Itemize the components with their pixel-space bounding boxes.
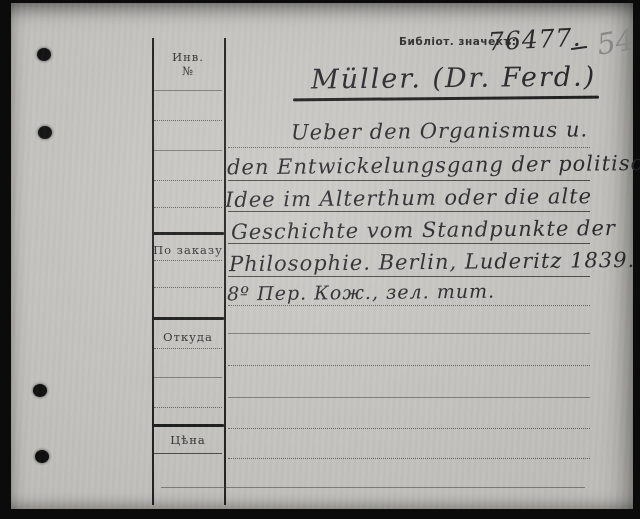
rule-line [154,260,222,261]
writing-line [228,333,590,334]
price-label: Цѣна [152,433,224,447]
rule-line [154,90,222,91]
column-right-border [224,38,226,505]
section-separator [152,317,224,320]
writing-line [228,305,590,306]
library-stamp-number: 76477. [487,23,582,57]
scanned-catalog-card: Библіот. значекъ: 76477. 54 Инв. № По за… [11,3,633,509]
writing-line [228,397,590,398]
rule-line [154,407,222,408]
writing-line [228,365,590,366]
writing-line [228,180,590,181]
origin-label: Откуда [152,330,224,344]
rule-line [154,180,222,181]
entry-line: Geschichte vom Standpunkte der [231,216,616,244]
entry-line: 8º Пер. Кож., зел. тит. [227,281,495,306]
writing-line [228,276,590,277]
heading-underline [293,96,599,102]
entry-line: Philosophie. Berlin, Luderitz 1839. [229,248,635,276]
punch-hole [37,48,51,61]
inventory-number-label: Инв. № [152,50,224,78]
rule-line [154,120,222,121]
section-separator [152,232,224,235]
punch-hole [33,384,47,397]
writing-line [228,428,590,429]
writing-line [161,487,585,488]
rule-line [154,287,222,288]
punch-hole [35,450,49,463]
rule-line [154,377,222,378]
by-order-label: По заказу [152,243,224,257]
section-separator [152,424,224,427]
rule-line [154,348,222,349]
pencil-corner-number: 54 [595,22,637,61]
rule-line [154,207,222,208]
rule-line [154,150,222,151]
punch-hole [38,126,52,139]
writing-line [228,147,590,148]
writing-line [228,458,590,459]
author-heading: Müller. (Dr. Ferd.) [311,62,597,96]
entry-line: den Entwickelungsgang der politischen [227,151,640,180]
entry-line: Ueber den Organismus u. [291,117,588,144]
rule-line [154,453,222,454]
entry-line: Idee im Alterthum oder die alte [225,184,592,212]
